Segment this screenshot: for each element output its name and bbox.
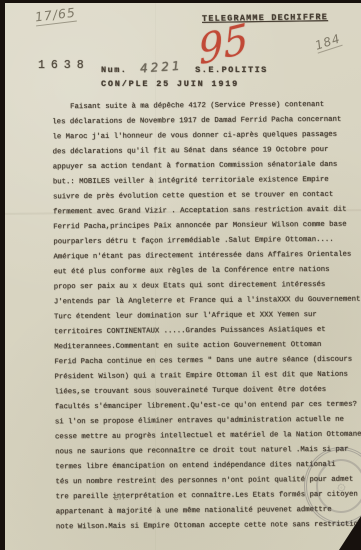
pencil-handwritten-number: 184 — [313, 31, 342, 53]
num-label: Num. — [101, 65, 127, 75]
telegram-number-handwritten: 4221 — [140, 59, 183, 76]
paper-sheet: 17/65 TELEGRAMME DECHIFFRE 95 184 1638 N… — [5, 3, 361, 550]
recipient-name: S.E.POLITIS — [195, 65, 268, 75]
archive-number-handwritten: 17/65 — [34, 5, 77, 27]
registry-stamp-number: 1638 — [38, 59, 90, 72]
telegram-scan: 17/65 TELEGRAMME DECHIFFRE 95 184 1638 N… — [0, 0, 361, 550]
dateline: CON/PLE 25 JUIN 1919 — [101, 79, 239, 89]
pencil-insertion: en — [113, 492, 125, 503]
telegram-number-line: Num. 4221 S.E.POLITIS — [101, 61, 268, 75]
body-line: note Wilson.Mais si Empire Ottoman accep… — [56, 518, 358, 536]
